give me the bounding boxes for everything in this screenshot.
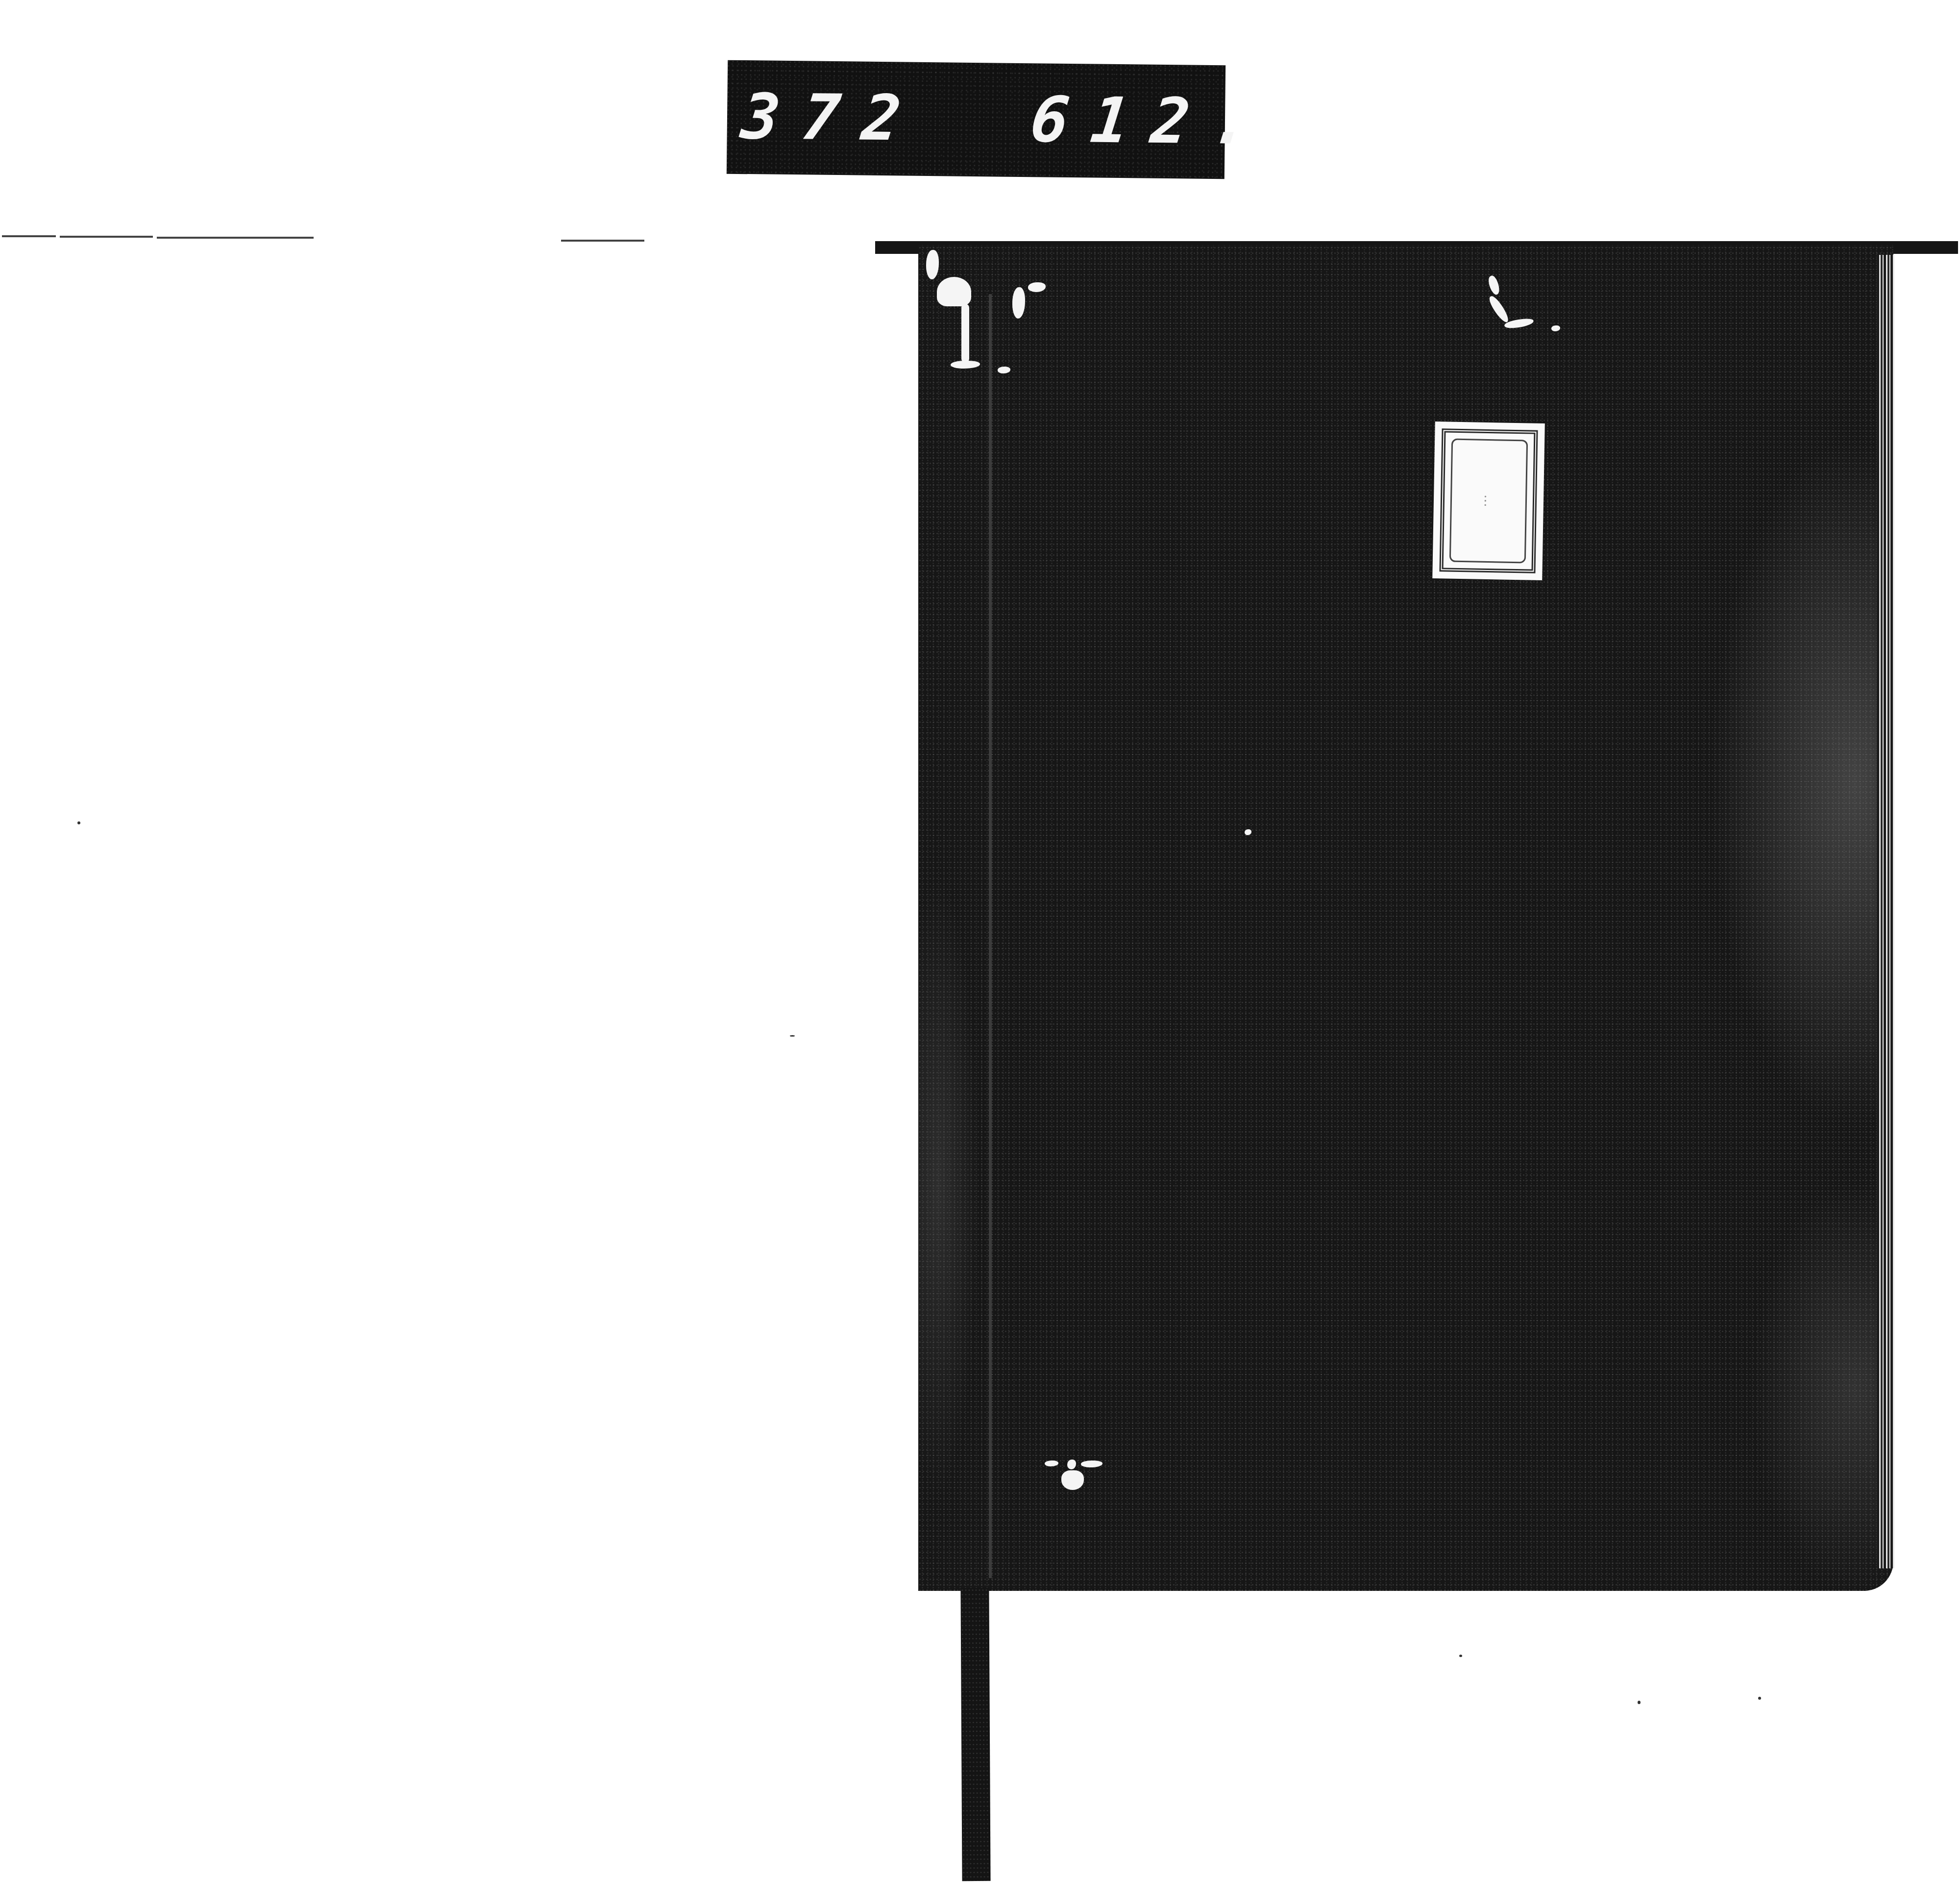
scan-rule-fragment <box>561 240 644 242</box>
scan-rule-fragment <box>2 235 56 237</box>
scan-speck <box>1638 1701 1641 1704</box>
page-block-edge <box>1877 255 1894 1568</box>
ribbon-bookmark <box>960 1588 990 1881</box>
scan-rule-fragment <box>157 237 314 239</box>
scan-speck <box>790 1035 795 1037</box>
cover-wear-mark <box>961 304 969 363</box>
cover-wear-mark <box>937 277 971 306</box>
book-cover <box>918 245 1893 1591</box>
reel-counter-plate: 372 612. <box>727 60 1225 179</box>
scan-speck <box>1758 1697 1761 1700</box>
scan-speck <box>77 821 80 824</box>
cover-title-label: … <box>1432 421 1545 580</box>
counter-right-digits: 612. <box>1027 88 1275 154</box>
counter-left-digits: 372 <box>738 85 927 150</box>
scan-speck <box>1459 1655 1462 1657</box>
cover-hinge-line <box>989 294 992 1578</box>
label-handwriting: … <box>1481 495 1496 508</box>
scan-rule-fragment <box>60 236 153 238</box>
cover-wear-mark <box>1061 1470 1084 1490</box>
